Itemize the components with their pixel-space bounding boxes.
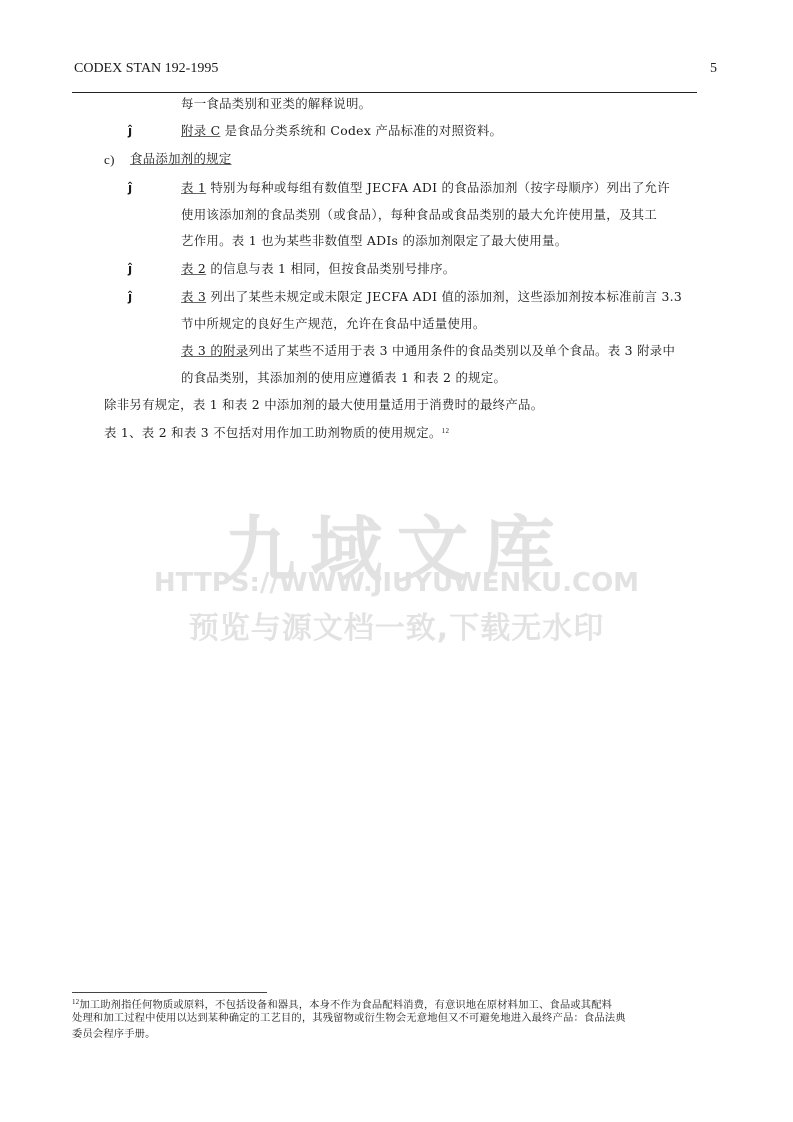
paragraph-max-usage: 除非另有规定，表 1 和表 2 中添加剂的最大使用量适用于消费时的最终产品。 [104, 397, 543, 412]
page-number: 5 [710, 61, 717, 77]
appendix-c-link[interactable]: 附录 C [181, 123, 220, 138]
document-id: CODEX STAN 192-1995 [74, 61, 218, 77]
table3-appendix-link[interactable]: 表 3 的附录 [181, 343, 248, 358]
footnote-line-2: 处理和加工过程中使用以达到某种确定的工艺目的，其残留物或衍生物会无意地但又不可避… [72, 1010, 626, 1026]
bullet-icon: ĵ [128, 124, 132, 138]
paragraph-processing-aids: 表 1、表 2 和表 3 不包括对用作加工助剂物质的使用规定。12 [104, 424, 449, 440]
table2-link[interactable]: 表 2 [181, 261, 206, 276]
table3-link[interactable]: 表 3 [181, 289, 206, 304]
footnote-rule [72, 992, 267, 993]
watermark-url: HTTPS://WWW.JIUYUWENKU.COM [0, 568, 793, 598]
table1-link[interactable]: 表 1 [181, 180, 206, 195]
bullet-icon: ĵ [128, 181, 132, 195]
bullet-icon: ĵ [128, 262, 132, 276]
watermark-slogan: 预览与源文档一致,下载无水印 [0, 603, 793, 647]
footnote-ref[interactable]: 12 [442, 427, 450, 435]
bullet-icon: ĵ [128, 290, 132, 304]
section-label: c) [104, 152, 115, 167]
header-rule [72, 92, 697, 93]
section-title: 食品添加剂的规定 [130, 151, 232, 166]
footnote-line-3: 委员会程序手册。 [72, 1026, 156, 1042]
continuation-line: 每一食品类别和亚类的解释说明。 [181, 96, 371, 111]
